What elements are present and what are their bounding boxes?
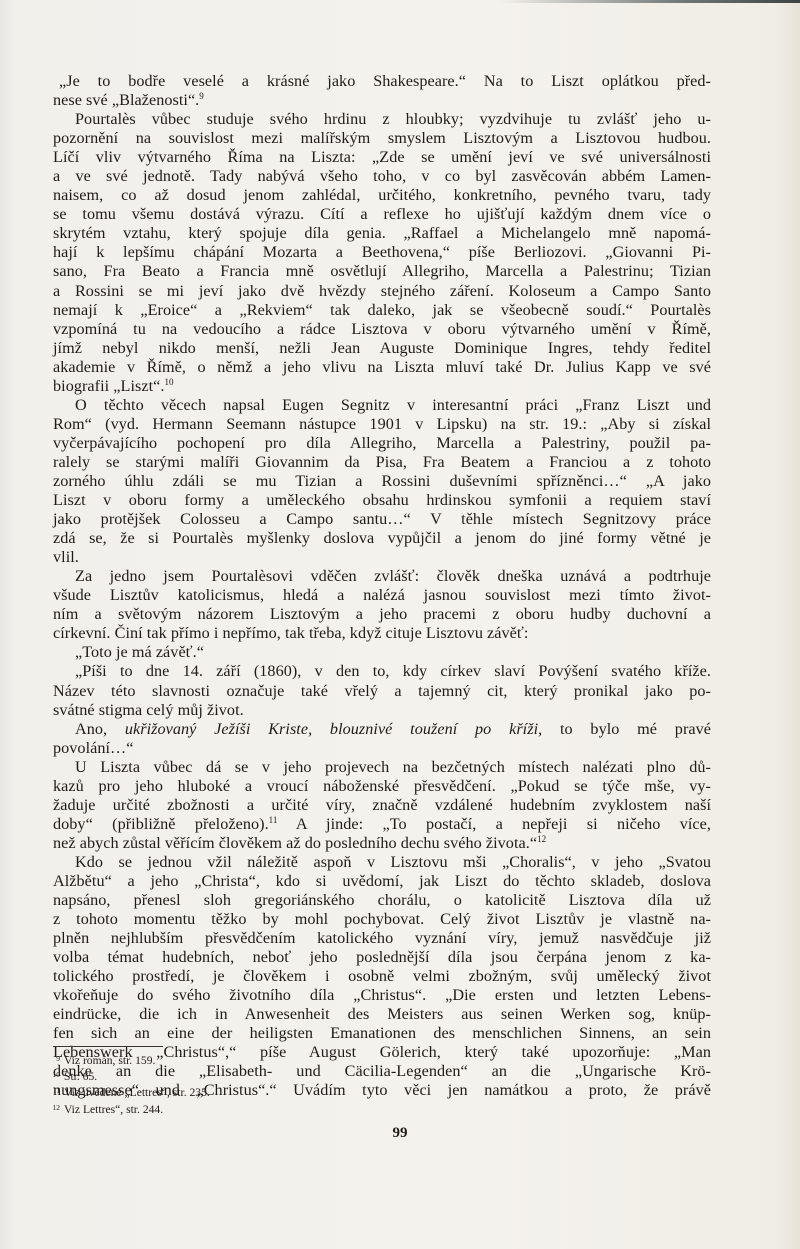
text-segment: z tohoto momentu těžko by mohl pochybova…: [53, 910, 711, 928]
text-segment: svátné stigma celý můj život.: [53, 701, 244, 719]
text-segment: kazů pro jeho hluboké a vroucí nábožensk…: [53, 777, 711, 795]
footnote-item: 12Viz Lettres“, str. 244.: [48, 1101, 210, 1117]
text-line: Alžbětu“ a jeho „Christa“, kdo si uvědom…: [53, 872, 711, 891]
text-line: ním a světovým názorem Lisztovým a jeho …: [53, 605, 711, 624]
text-line: vkořeňuje do svého životního díla „Chris…: [53, 986, 711, 1005]
text-line: Za jedno jsem Pourtalèsovi vděčen zvlášť…: [53, 567, 711, 586]
text-segment: nemají k „Eroice“ a „Rekviem“ tak daleko…: [53, 301, 711, 319]
text-line: se tomu všemu dostává výrazu. Cítí a ref…: [53, 205, 711, 224]
text-segment: povolání…“: [53, 739, 134, 757]
text-segment: Název této slavnosti označuje také vřelý…: [53, 682, 711, 700]
footnote-reference[interactable]: 10: [164, 377, 173, 387]
text-segment: fen sich an eine der heiligsten Emanatio…: [53, 1024, 711, 1042]
text-line: vzpomíná tu na vedoucího a rádce Lisztov…: [53, 320, 711, 339]
footnote-text: Viz uvedené „Lettres“, str. 235.: [64, 1086, 210, 1099]
book-page: „Je to bodře veselé a krásné jako Shakes…: [0, 0, 800, 1249]
text-line: kazů pro jeho hluboké a vroucí nábožensk…: [53, 777, 711, 796]
text-segment: to bylo mé pravé: [542, 720, 711, 738]
text-segment: Liszt v oboru formy a uměleckého obsahu …: [53, 491, 711, 509]
text-line: napsáno, přenesl sloh gregoriánského cho…: [53, 891, 711, 910]
italic-text-segment: ukřižovaný Ježíši Kriste, blouznivé touž…: [125, 720, 542, 738]
text-segment: sano, Fra Beato a Francia mně osvětlují …: [53, 262, 711, 280]
footnotes: 9Viz román, str. 159.10Str. 65.11Viz uve…: [48, 1052, 210, 1117]
text-segment: všude Lisztův katolicismus, hledá a nalé…: [53, 586, 711, 604]
text-segment: se tomu všemu dostává výrazu. Cítí a ref…: [53, 205, 711, 223]
text-line: skrytém vztahu, který spojuje díla genia…: [53, 224, 711, 243]
text-line: žaduje určité zbožnosti a určité víry, z…: [53, 796, 711, 815]
text-line: biografii „Liszt“.10: [53, 377, 711, 396]
text-line: plněn nejhlubším přesvědčením katolickéh…: [53, 929, 711, 948]
text-segment: Rom“ (vyd. Hermann Seemann nástupce 1901…: [53, 415, 711, 433]
text-line: jímž nebyl nikdo menší, nežli Jean Augus…: [53, 339, 711, 358]
text-segment: nese své „Blaženosti“.: [53, 91, 199, 109]
text-line: vlil.: [53, 548, 711, 567]
text-line: U Liszta vůbec dá se v jeho projevech na…: [53, 758, 711, 777]
text-line: svátné stigma celý můj život.: [53, 701, 711, 720]
text-segment: napsáno, přenesl sloh gregoriánského cho…: [53, 891, 711, 909]
footnote-text: Str. 65.: [64, 1070, 97, 1083]
footnote-number: 9: [48, 1052, 60, 1066]
text-segment: „Píši to dne 14. září (1860), v den to, …: [75, 662, 711, 680]
text-segment: církevní. Činí tak přímo i nepřímo, tak …: [53, 624, 528, 642]
text-segment: Ano,: [75, 720, 125, 738]
text-segment: zorného úhlu zdáli se mu Tizian a Rossin…: [53, 472, 711, 490]
footnote-number: 10: [48, 1068, 60, 1082]
text-segment: Za jedno jsem Pourtalèsovi vděčen zvlášť…: [75, 567, 711, 585]
text-line: Název této slavnosti označuje také vřelý…: [53, 682, 711, 701]
text-line: eindrücke, die ich in Anwesenheit des Me…: [53, 1005, 711, 1024]
text-segment: U Liszta vůbec dá se v jeho projevech na…: [75, 758, 711, 776]
text-line: jako protějšek Colosseu a Campo santu…“ …: [53, 510, 711, 529]
text-line: „Je to bodře veselé a krásné jako Shakes…: [53, 72, 711, 91]
text-line: volba témat hudebních, neboť jeho posled…: [53, 948, 711, 967]
text-line: zdá se, že si Pourtalès myšlenky doslova…: [53, 529, 711, 548]
text-segment: vzpomíná tu na vedoucího a rádce Lisztov…: [53, 320, 711, 338]
text-segment: skrytém vztahu, který spojuje díla genia…: [53, 224, 711, 242]
text-line: tolického prostředí, je člověkem i osobn…: [53, 967, 711, 986]
text-segment: vyčerpávajícího pochopení pro díla Alleg…: [53, 434, 711, 452]
text-line: ralely se starými malíři Giovannim da Pi…: [53, 453, 711, 472]
text-line: z tohoto momentu těžko by mohl pochybova…: [53, 910, 711, 929]
footnote-separator: [53, 1046, 163, 1047]
text-segment: vkořeňuje do svého životního díla „Chris…: [53, 986, 711, 1004]
text-line: sano, Fra Beato a Francia mně osvětlují …: [53, 262, 711, 281]
text-segment: A jinde: „To postačí, a nepřeji si ničeh…: [277, 815, 711, 833]
footnote-reference[interactable]: 9: [199, 91, 204, 101]
text-line: vyčerpávajícího pochopení pro díla Alleg…: [53, 434, 711, 453]
footnote-number: 12: [48, 1101, 60, 1115]
text-line: „Píši to dne 14. září (1860), v den to, …: [53, 662, 711, 681]
text-line: pozornění na souvislost mezi malířským s…: [53, 129, 711, 148]
footnote-number: 11: [48, 1084, 60, 1098]
text-line: Kdo se jednou vžil náležitě aspoň v Lisz…: [53, 853, 711, 872]
text-segment: zdá se, že si Pourtalès myšlenky doslova…: [53, 529, 711, 547]
text-line: povolání…“: [53, 739, 711, 758]
text-segment: jako protějšek Colosseu a Campo santu…“ …: [53, 510, 711, 528]
text-segment: volba témat hudebních, neboť jeho posled…: [53, 948, 711, 966]
text-line: naisem, co až dosud jenom zahlédal, urči…: [53, 186, 711, 205]
text-segment: biografii „Liszt“.: [53, 377, 164, 395]
text-segment: tolického prostředí, je člověkem i osobn…: [53, 967, 711, 985]
text-line: doby“ (přibližně přeloženo).11 A jinde: …: [53, 815, 711, 834]
text-line: Rom“ (vyd. Hermann Seemann nástupce 1901…: [53, 415, 711, 434]
footnote-item: 11Viz uvedené „Lettres“, str. 235.: [48, 1084, 210, 1100]
text-line: Liszt v oboru formy a uměleckého obsahu …: [53, 491, 711, 510]
text-segment: eindrücke, die ich in Anwesenheit des Me…: [53, 1005, 711, 1023]
text-segment: Líčí vliv výtvarného Říma na Liszta: „Zd…: [53, 148, 711, 166]
footnote-item: 9Viz román, str. 159.: [48, 1052, 210, 1068]
text-segment: a Rossini se mi jeví jako dvě hvězdy ste…: [53, 282, 711, 300]
text-line: Líčí vliv výtvarného Říma na Liszta: „Zd…: [53, 148, 711, 167]
text-line: nemají k „Eroice“ a „Rekviem“ tak daleko…: [53, 301, 711, 320]
text-line: než abych zůstal věřícím člověkem až do …: [53, 834, 711, 853]
footnote-text: Viz Lettres“, str. 244.: [64, 1103, 163, 1116]
text-line: „Toto je má závěť.“: [53, 643, 711, 662]
text-line: a ve své jednotě. Tady nabývá všeho toho…: [53, 167, 711, 186]
footnote-text: Viz román, str. 159.: [64, 1054, 155, 1067]
footnote-reference[interactable]: 12: [537, 834, 546, 844]
scan-edge-shadow: [500, 0, 800, 3]
text-segment: než abych zůstal věřícím člověkem až do …: [53, 834, 537, 852]
text-segment: ním a světovým názorem Lisztovým a jeho …: [53, 605, 711, 623]
text-segment: Pourtalès vůbec studuje svého hrdinu z h…: [75, 110, 711, 128]
text-segment: hají k lepšímu chápání Mozarta a Beethov…: [53, 243, 711, 261]
text-segment: Kdo se jednou vžil náležitě aspoň v Lisz…: [75, 853, 711, 871]
text-line: všude Lisztův katolicismus, hledá a nalé…: [53, 586, 711, 605]
text-segment: Alžbětu“ a jeho „Christa“, kdo si uvědom…: [53, 872, 711, 890]
text-segment: žaduje určité zbožnosti a určité víry, z…: [53, 796, 711, 814]
text-line: akademie v Římě, o němž a jeho vlivu na …: [53, 358, 711, 377]
footnote-item: 10Str. 65.: [48, 1068, 210, 1084]
text-segment: vlil.: [53, 548, 79, 566]
text-line: církevní. Činí tak přímo i nepřímo, tak …: [53, 624, 711, 643]
text-segment: a ve své jednotě. Tady nabývá všeho toho…: [53, 167, 711, 185]
text-line: Pourtalès vůbec studuje svého hrdinu z h…: [53, 110, 711, 129]
text-line: zorného úhlu zdáli se mu Tizian a Rossin…: [53, 472, 711, 491]
text-line: hají k lepšímu chápání Mozarta a Beethov…: [53, 243, 711, 262]
text-segment: akademie v Římě, o němž a jeho vlivu na …: [53, 358, 711, 376]
page-number: 99: [0, 1125, 800, 1142]
text-segment: doby“ (přibližně přeloženo).: [53, 815, 269, 833]
text-line: a Rossini se mi jeví jako dvě hvězdy ste…: [53, 282, 711, 301]
text-segment: naisem, co až dosud jenom zahlédal, urči…: [53, 186, 711, 204]
text-segment: ralely se starými malíři Giovannim da Pi…: [53, 453, 711, 471]
text-segment: „Je to bodře veselé a krásné jako Shakes…: [59, 72, 711, 90]
text-segment: plněn nejhlubším přesvědčením katolickéh…: [53, 929, 711, 947]
body-text: „Je to bodře veselé a krásné jako Shakes…: [53, 72, 711, 1101]
text-line: O těchto věcech napsal Eugen Segnitz v i…: [53, 396, 711, 415]
text-segment: „Toto je má závěť.“: [75, 643, 204, 661]
text-segment: jímž nebyl nikdo menší, nežli Jean Augus…: [53, 339, 711, 357]
text-segment: O těchto věcech napsal Eugen Segnitz v i…: [75, 396, 711, 414]
text-segment: pozornění na souvislost mezi malířským s…: [53, 129, 711, 147]
text-line: Ano, ukřižovaný Ježíši Kriste, blouznivé…: [53, 720, 711, 739]
text-line: nese své „Blaženosti“.9: [53, 91, 711, 110]
text-line: fen sich an eine der heiligsten Emanatio…: [53, 1024, 711, 1043]
